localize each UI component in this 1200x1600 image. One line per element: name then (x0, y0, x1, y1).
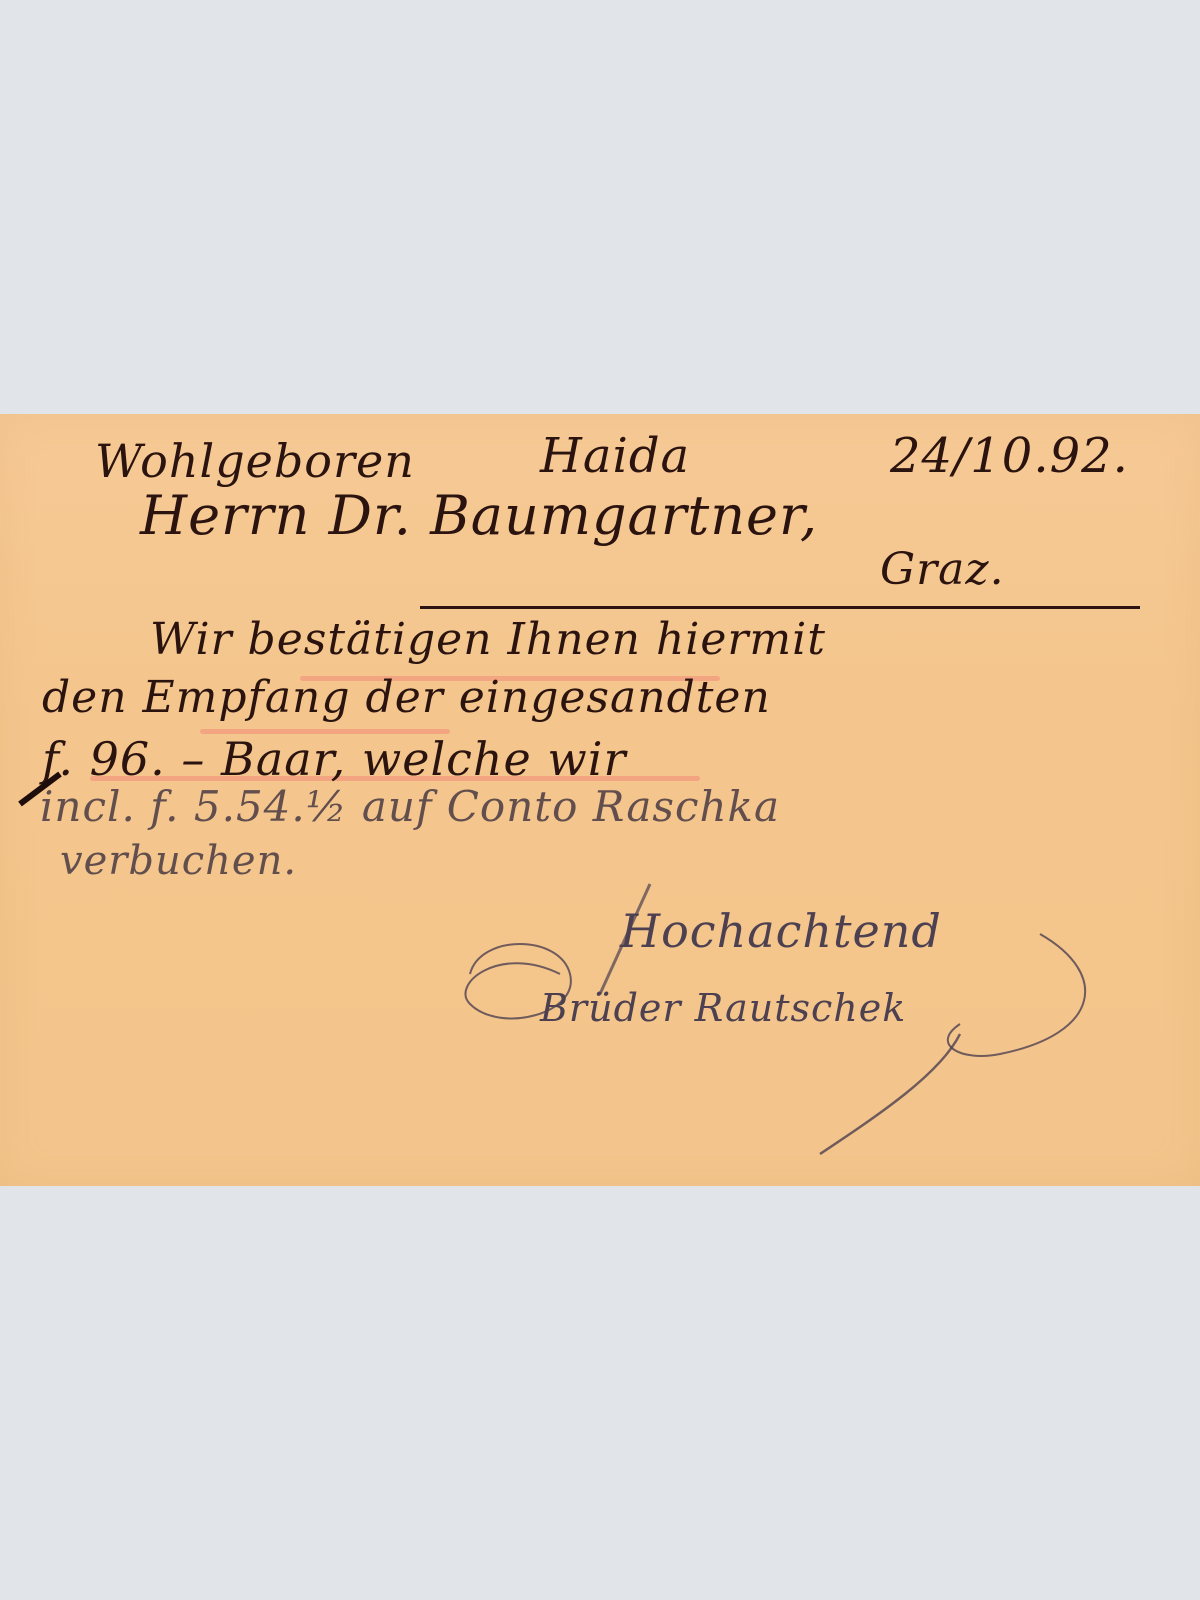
signature-flourish-icon (0, 414, 1200, 1186)
postcard: Wohlgeboren Haida 24/10.92. Herrn Dr. Ba… (0, 414, 1200, 1186)
